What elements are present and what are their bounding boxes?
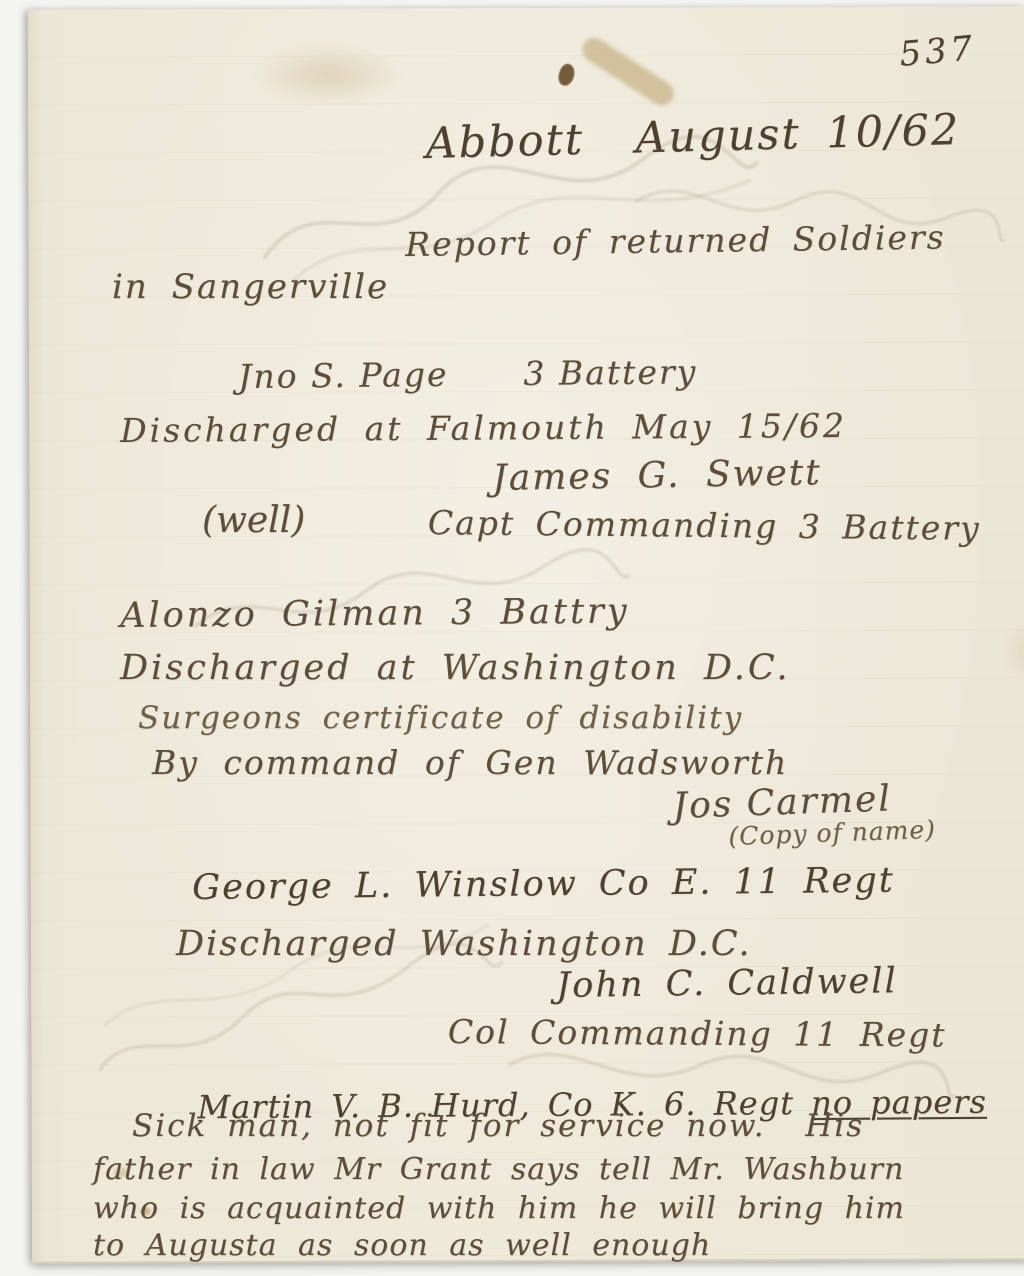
entry4-note-line4: to Augusta as soon as well enough (93, 1230, 711, 1262)
page-number: 537 (898, 31, 978, 73)
entry2-discharge-line: Discharged at Washington D.C. (120, 650, 791, 687)
entry1-officer-name: James G. Swett (492, 454, 822, 498)
entry1-officer-title: Capt Commanding 3 Battery (428, 506, 981, 546)
scanned-letter: 537 Abbott August 10/62 Report of return… (0, 0, 1024, 1276)
entry3-officer-name: John C. Caldwell (556, 963, 898, 1005)
entry4-note-line2: father in law Mr Grant says tell Mr. Was… (93, 1154, 904, 1186)
entry3-discharge-line: Discharged Washington D.C. (176, 926, 751, 963)
report-title-line2: in Sangerville (112, 270, 389, 306)
entry1-name-line: Jno S. Page 3 Battery (238, 355, 697, 394)
entry2-signature-note: (Copy of name) (728, 817, 936, 850)
entry3-officer-title: Col Commanding 11 Regt (448, 1015, 947, 1053)
entry2-name-line: Alonzo Gilman 3 Battry (120, 594, 630, 635)
entry4-note-line1: Sick man, not fit for service now. His (132, 1110, 864, 1143)
handwritten-text-layer: 537 Abbott August 10/62 Report of return… (0, 0, 1024, 1276)
report-title-line1: Report of returned Soldiers (405, 220, 946, 262)
entry2-certificate-line: Surgeons certificate of disability (138, 702, 743, 735)
entry1-well-note: (well) (202, 502, 305, 540)
entry3-name-line: George L. Winslow Co E. 11 Regt (192, 863, 895, 907)
entry4-note-line3: who is acquainted with him he will bring… (93, 1193, 905, 1225)
entry2-command-line: By command of Gen Wadsworth (152, 746, 788, 781)
dateline: Abbott August 10/62 (425, 108, 961, 167)
entry1-discharge-line: Discharged at Falmouth May 15/62 (120, 409, 847, 449)
